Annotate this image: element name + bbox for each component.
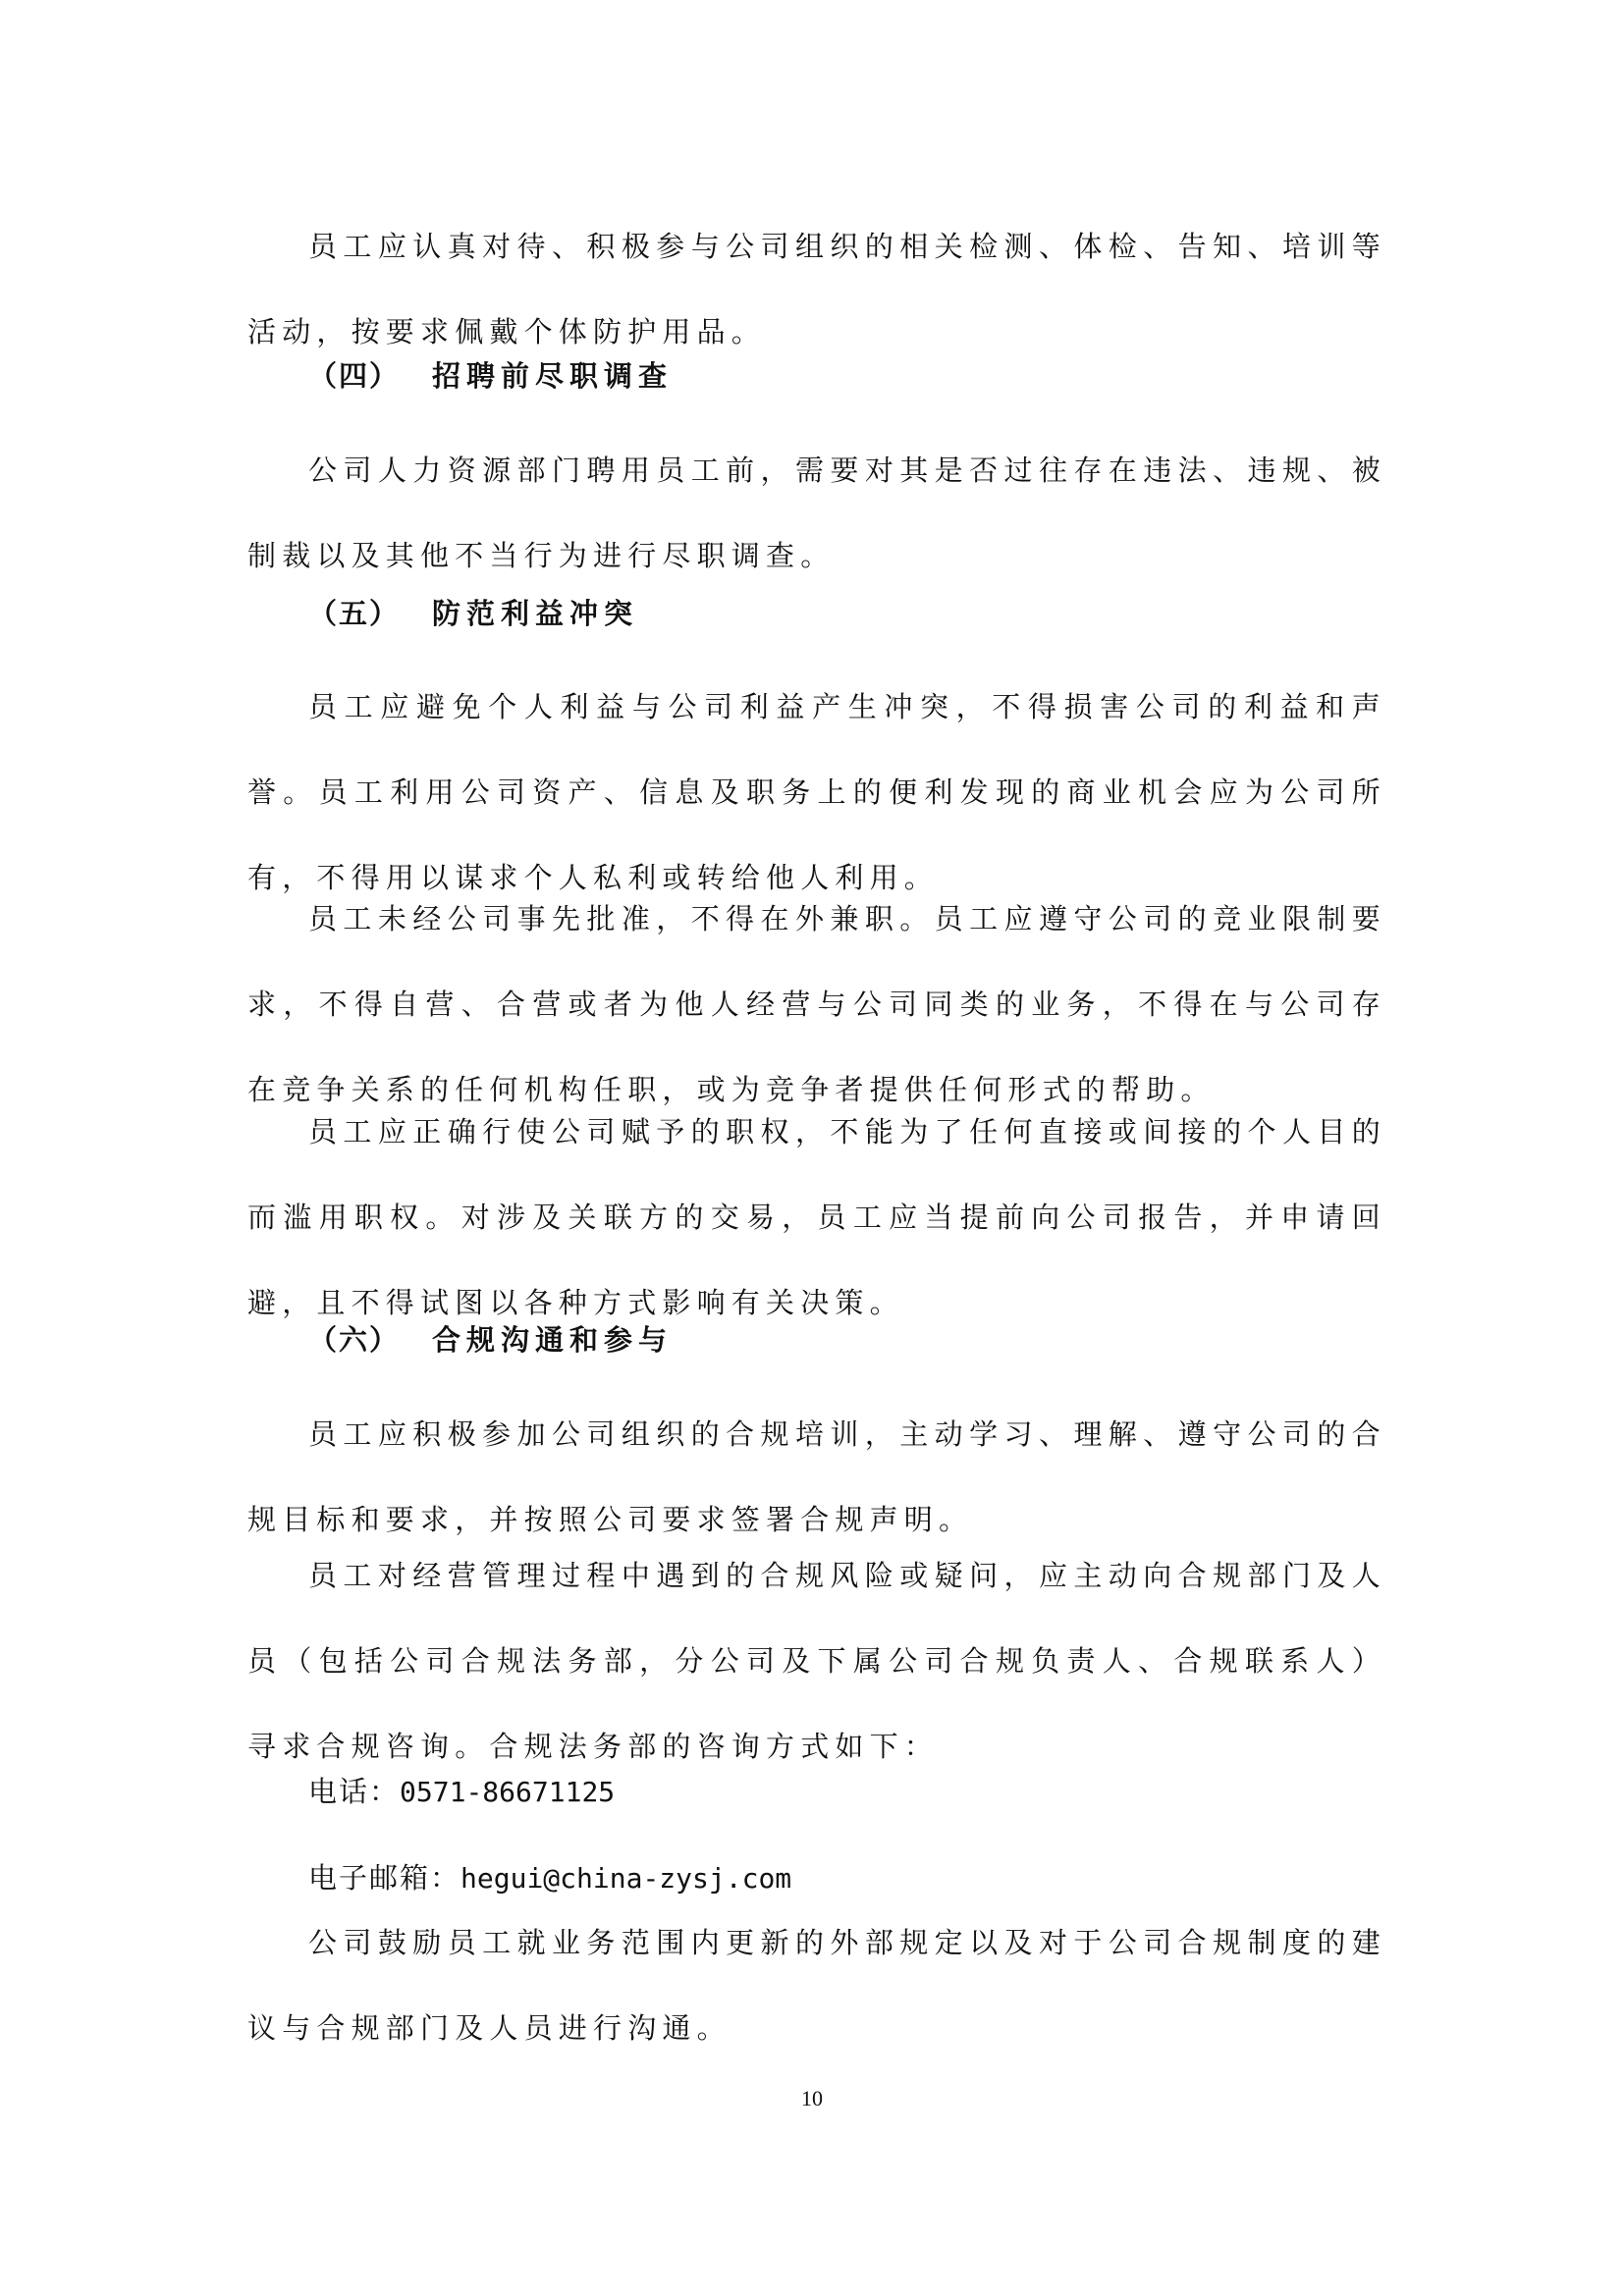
paragraph-protective-equipment: 员工应认真对待、积极参与公司组织的相关检测、体检、告知、培训等活动，按要求佩戴个… — [247, 204, 1386, 375]
contact-phone-value: 0571-86671125 — [400, 1776, 615, 1808]
section-number: （四） — [308, 356, 432, 396]
section-heading-4: （四）招聘前尽职调查 — [308, 356, 673, 396]
paragraph-due-diligence: 公司人力资源部门聘用员工前，需要对其是否过往存在违法、违规、被制裁以及其他不当行… — [247, 428, 1386, 599]
contact-email-value[interactable]: hegui@china-zysj.com — [460, 1862, 791, 1895]
section-heading-5: （五）防范利益冲突 — [308, 594, 638, 633]
contact-email: 电子邮箱：hegui@china-zysj.com — [308, 1858, 791, 1898]
contact-phone-label: 电话： — [308, 1775, 400, 1808]
section-title: 招聘前尽职调查 — [432, 359, 673, 393]
section-title: 防范利益冲突 — [432, 597, 638, 630]
section-title: 合规沟通和参与 — [432, 1323, 673, 1357]
page-number: 10 — [0, 2086, 1624, 2111]
paragraph-communication-encouragement: 公司鼓励员工就业务范围内更新的外部规定以及对于公司合规制度的建议与合规部门及人员… — [247, 1900, 1386, 2071]
section-heading-6: （六）合规沟通和参与 — [308, 1320, 673, 1360]
paragraph-compliance-consultation: 员工对经营管理过程中遇到的合规风险或疑问，应主动向合规部门及人员（包括公司合规法… — [247, 1533, 1386, 1789]
contact-phone: 电话：0571-86671125 — [308, 1772, 615, 1812]
section-number: （六） — [308, 1320, 432, 1360]
section-number: （五） — [308, 594, 432, 633]
paragraph-authority-use: 员工应正确行使公司赋予的职权，不能为了任何直接或间接的个人目的而滥用职权。对涉及… — [247, 1090, 1386, 1346]
contact-email-label: 电子邮箱： — [308, 1861, 460, 1895]
